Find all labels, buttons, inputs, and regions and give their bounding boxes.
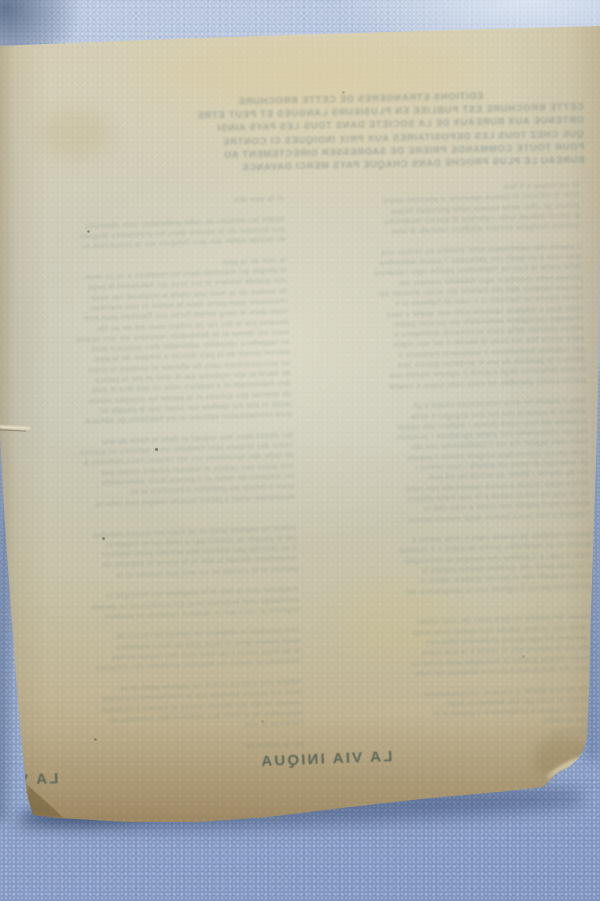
photo-scene: editions etrangeres de cette brochurecet… bbox=[0, 0, 600, 901]
showthrough-title-italian: LA VIA INIQUA bbox=[259, 748, 393, 770]
showthrough-left-column: et la voie destoutes les editions de cet… bbox=[16, 193, 304, 758]
booklet-back-cover: editions etrangeres de cette brochurecet… bbox=[0, 0, 600, 830]
showthrough-top-paragraph: editions etrangeres de cette brochurecet… bbox=[21, 88, 585, 180]
edge-tear-crack bbox=[0, 429, 26, 431]
showthrough-right-column: la via iniqua e il finetutte le edizioni… bbox=[297, 179, 597, 744]
